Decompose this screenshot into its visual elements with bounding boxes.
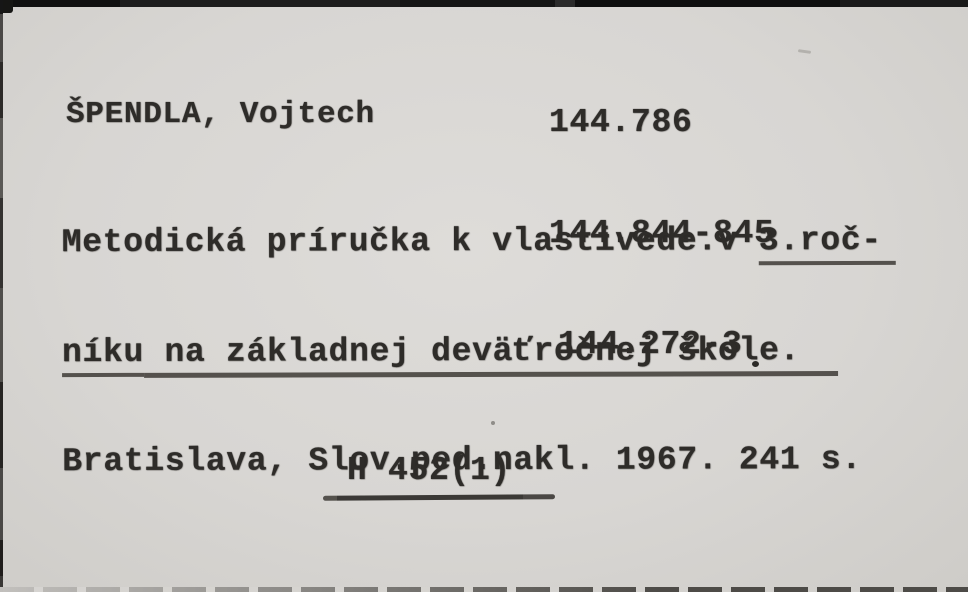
- title-paragraph: Metodická príručka k vlastivede.v 3.roč-…: [61, 150, 896, 554]
- title-line-2: níku na základnej deväťročnej škole.: [62, 332, 896, 371]
- author-heading: ŠPENDLA, Vojtech: [66, 97, 375, 132]
- scan-smudge: [798, 49, 811, 54]
- title-line-1: Metodická príručka k vlastivede.v 3.roč-: [62, 223, 896, 262]
- title-segment-underlined-skole: na základnej deväťročnej škole.: [144, 332, 838, 378]
- ink-speck: [752, 361, 759, 367]
- call-number-1: 144.786: [549, 104, 775, 141]
- catalog-card-scan: 144.786 144.844-845 144.272-3 ŠPENDLA, V…: [0, 0, 968, 592]
- title-segment-underlined-roc: 3.roč-: [759, 222, 896, 265]
- film-edge-top: [0, 0, 968, 7]
- film-edge-left: [0, 0, 3, 592]
- shelf-mark: H 452(1): [347, 452, 511, 489]
- title-segment-plain: Metodická príručka k vlastivede.v: [62, 222, 759, 261]
- ink-speck: [491, 421, 495, 425]
- title-segment-underlined-niku: níku: [62, 333, 144, 376]
- film-edge-bottom-dashes: [0, 587, 968, 592]
